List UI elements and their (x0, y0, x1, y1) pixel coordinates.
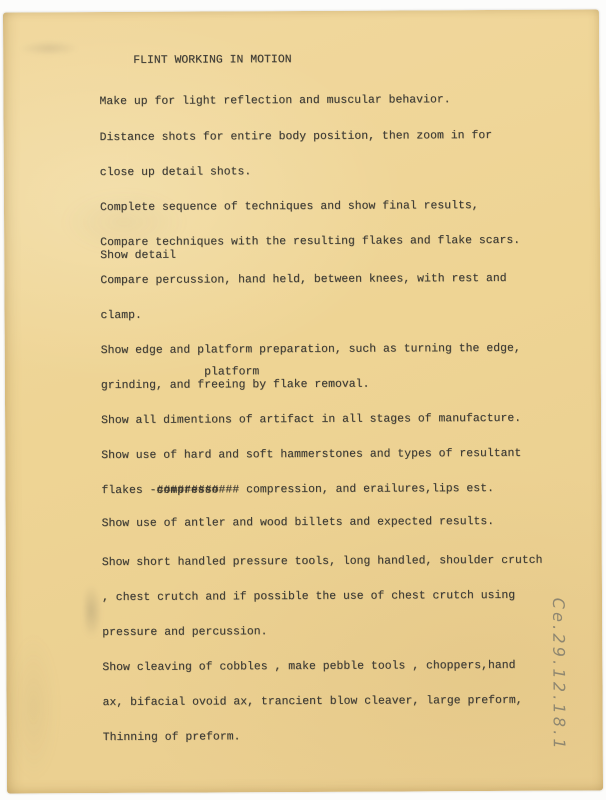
document-title: FLINT WORKING IN MOTION (3, 9, 599, 68)
text-line: flakes -compresso############ compressio… (101, 482, 601, 498)
text-line: Show use of hard and soft hammerstones a… (101, 447, 601, 463)
text-line: , chest crutch and if possible the use o… (102, 589, 602, 605)
catalog-number-annotation: Ce.29.12.18.1 (544, 598, 569, 788)
document-page: FLINT WORKING IN MOTION Make up for ligh… (3, 9, 603, 793)
text-line: Compare percussion, hand held, between k… (100, 272, 600, 288)
text-line: Show cleaving of cobbles , make pebble t… (102, 659, 602, 675)
text-line: Show use of antler and wood billets and … (102, 515, 602, 531)
struck-out-text: compresso############ (157, 484, 240, 497)
text-line: pressure and percussion. (102, 624, 602, 640)
text-segment: compression, and erailures,lips est. (239, 483, 494, 496)
text-line: close up detail shots. (100, 164, 600, 180)
text-line: Distance shots for entire body position,… (100, 129, 600, 145)
text-line: ax, bifacial ovoid ax, trancient blow cl… (103, 694, 603, 710)
text-line: Complete sequence of techniques and show… (100, 199, 600, 215)
text-line: Thinning of preform. (103, 729, 603, 745)
text-line: clamp. (101, 307, 601, 323)
text-line: Show edge and platform preparation, such… (101, 342, 601, 358)
text-line: Show all dimentions of artifact in all s… (101, 412, 601, 428)
text-line: grinding, and freeing by flake removal. (101, 377, 601, 393)
text-line: Make up for light reflection and muscula… (99, 93, 599, 109)
strike-hash-marks: ############ (157, 484, 240, 496)
text-line: Show detail (100, 247, 600, 263)
text-segment: flakes - (101, 485, 156, 497)
document-body: Make up for light reflection and muscula… (3, 93, 602, 745)
text-line: Show short handled pressure tools, long … (102, 554, 602, 570)
